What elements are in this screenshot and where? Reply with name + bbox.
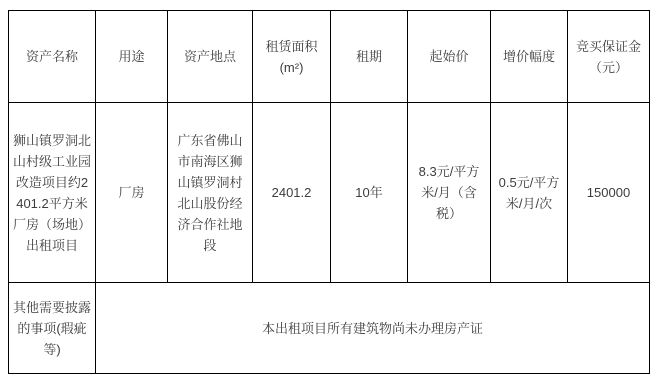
- header-area: 租赁面积 (m²): [253, 11, 331, 103]
- usage-cell: 厂房: [96, 103, 168, 283]
- table-row: 狮山镇罗洞北山村级工业园改造项目约2401.2平方米厂房（场地）出租项目 厂房 …: [9, 103, 650, 283]
- term-cell: 10年: [331, 103, 408, 283]
- increment-cell: 0.5元/平方米/月/次: [491, 103, 568, 283]
- footer-row: 其他需要披露的事项(瑕疵等) 本出租项目所有建筑物尚未办理房产证: [9, 283, 650, 374]
- location-cell: 广东省佛山市南海区狮山镇罗洞村北山股份经济合作社地段: [168, 103, 253, 283]
- header-location: 资产地点: [168, 11, 253, 103]
- header-row: 资产名称 用途 资产地点 租赁面积 (m²) 租期 起始价 增价幅度 竞买保证金…: [9, 11, 650, 103]
- header-asset-name: 资产名称: [9, 11, 96, 103]
- area-cell: 2401.2: [253, 103, 331, 283]
- header-deposit: 竞买保证金 （元）: [568, 11, 650, 103]
- start-price-cell: 8.3元/平方米/月（含税）: [408, 103, 491, 283]
- deposit-cell: 150000: [568, 103, 650, 283]
- header-usage: 用途: [96, 11, 168, 103]
- header-increment: 增价幅度: [491, 11, 568, 103]
- asset-name-cell: 狮山镇罗洞北山村级工业园改造项目约2401.2平方米厂房（场地）出租项目: [9, 103, 96, 283]
- header-start-price: 起始价: [408, 11, 491, 103]
- disclosure-value-cell: 本出租项目所有建筑物尚未办理房产证: [96, 283, 650, 374]
- disclosure-label-cell: 其他需要披露的事项(瑕疵等): [9, 283, 96, 374]
- header-term: 租期: [331, 11, 408, 103]
- asset-table: 资产名称 用途 资产地点 租赁面积 (m²) 租期 起始价 增价幅度 竞买保证金…: [8, 10, 650, 374]
- page: 资产名称 用途 资产地点 租赁面积 (m²) 租期 起始价 增价幅度 竞买保证金…: [0, 0, 657, 380]
